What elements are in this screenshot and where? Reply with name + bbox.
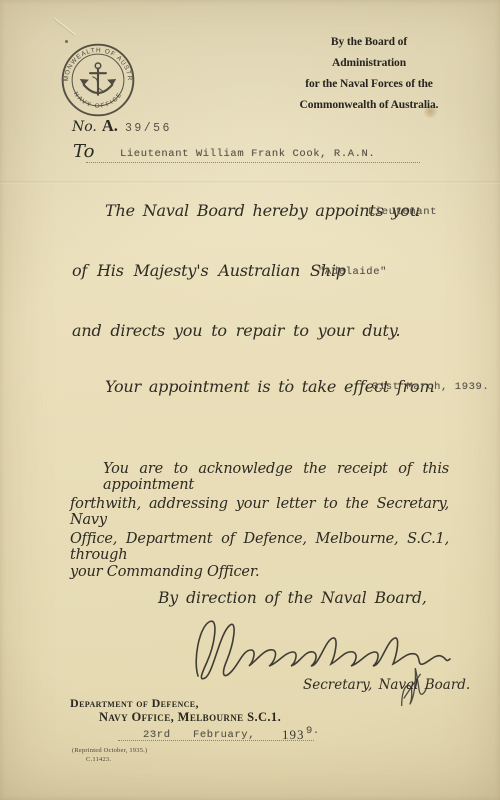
board-line: By the Board of Administration xyxy=(299,32,439,74)
effective-date-typed: 31st March, 1939. xyxy=(372,381,489,393)
anchor-icon xyxy=(81,63,116,95)
board-of-administration-block: By the Board of Administration for the N… xyxy=(299,32,439,116)
reprint-note: (Reprinted October, 1935.) xyxy=(72,747,147,754)
print-code: C.11423. xyxy=(86,756,111,763)
navy-office-seal-icon: COMMONWEALTH OF AUSTRALIA · NAVY OFFICE … xyxy=(60,42,136,118)
ship-line: of His Majesty's Australian Ship xyxy=(72,261,346,280)
date-month-typed: February, xyxy=(193,729,255,741)
ship-name-typed: "Adelaide" xyxy=(318,266,387,278)
appointment-letter: COMMONWEALTH OF AUSTRALIA · NAVY OFFICE … xyxy=(0,0,500,800)
board-line: for the Naval Forces of the xyxy=(299,74,439,95)
series-letter: A. xyxy=(102,116,118,135)
repair-duty-line: and directs you to repair to your duty. xyxy=(72,321,400,340)
no-label: No. xyxy=(72,119,97,135)
paper-crease xyxy=(0,181,500,184)
paragraph-line: forthwith, addressing your letter to the… xyxy=(70,496,449,528)
to-label: To xyxy=(73,141,94,162)
board-line: Commonwealth of Australia. xyxy=(299,95,439,116)
year-printed: 193 xyxy=(282,727,305,743)
reference-number: No.A.39/56 xyxy=(72,116,172,136)
addressee-name: Lieutenant William Frank Cook, R.A.N. xyxy=(120,148,375,160)
file-number: 39/56 xyxy=(125,122,172,135)
by-direction-line: By direction of the Naval Board, xyxy=(158,589,427,607)
department-line: Department of Defence, xyxy=(70,696,199,711)
date-day-typed: 23rd xyxy=(143,729,171,741)
paragraph-line: your Commanding Officer. xyxy=(70,564,449,580)
svg-text:COMMONWEALTH OF AUSTRALIA: COMMONWEALTH OF AUSTRALIA xyxy=(60,42,133,82)
addressee-rule xyxy=(86,162,420,163)
navy-office-line: Navy Office, Melbourne S.C.1. xyxy=(99,710,281,725)
rank-typed: Lieutenant xyxy=(368,206,437,218)
paragraph-line: Office, Department of Defence, Melbourne… xyxy=(70,531,449,563)
year-suffix-typed: 9. xyxy=(306,725,320,737)
paragraph-line: You are to acknowledge the receipt of th… xyxy=(103,461,449,493)
seal-top-text: COMMONWEALTH OF AUSTRALIA xyxy=(60,42,133,82)
scratch-mark xyxy=(54,18,75,35)
